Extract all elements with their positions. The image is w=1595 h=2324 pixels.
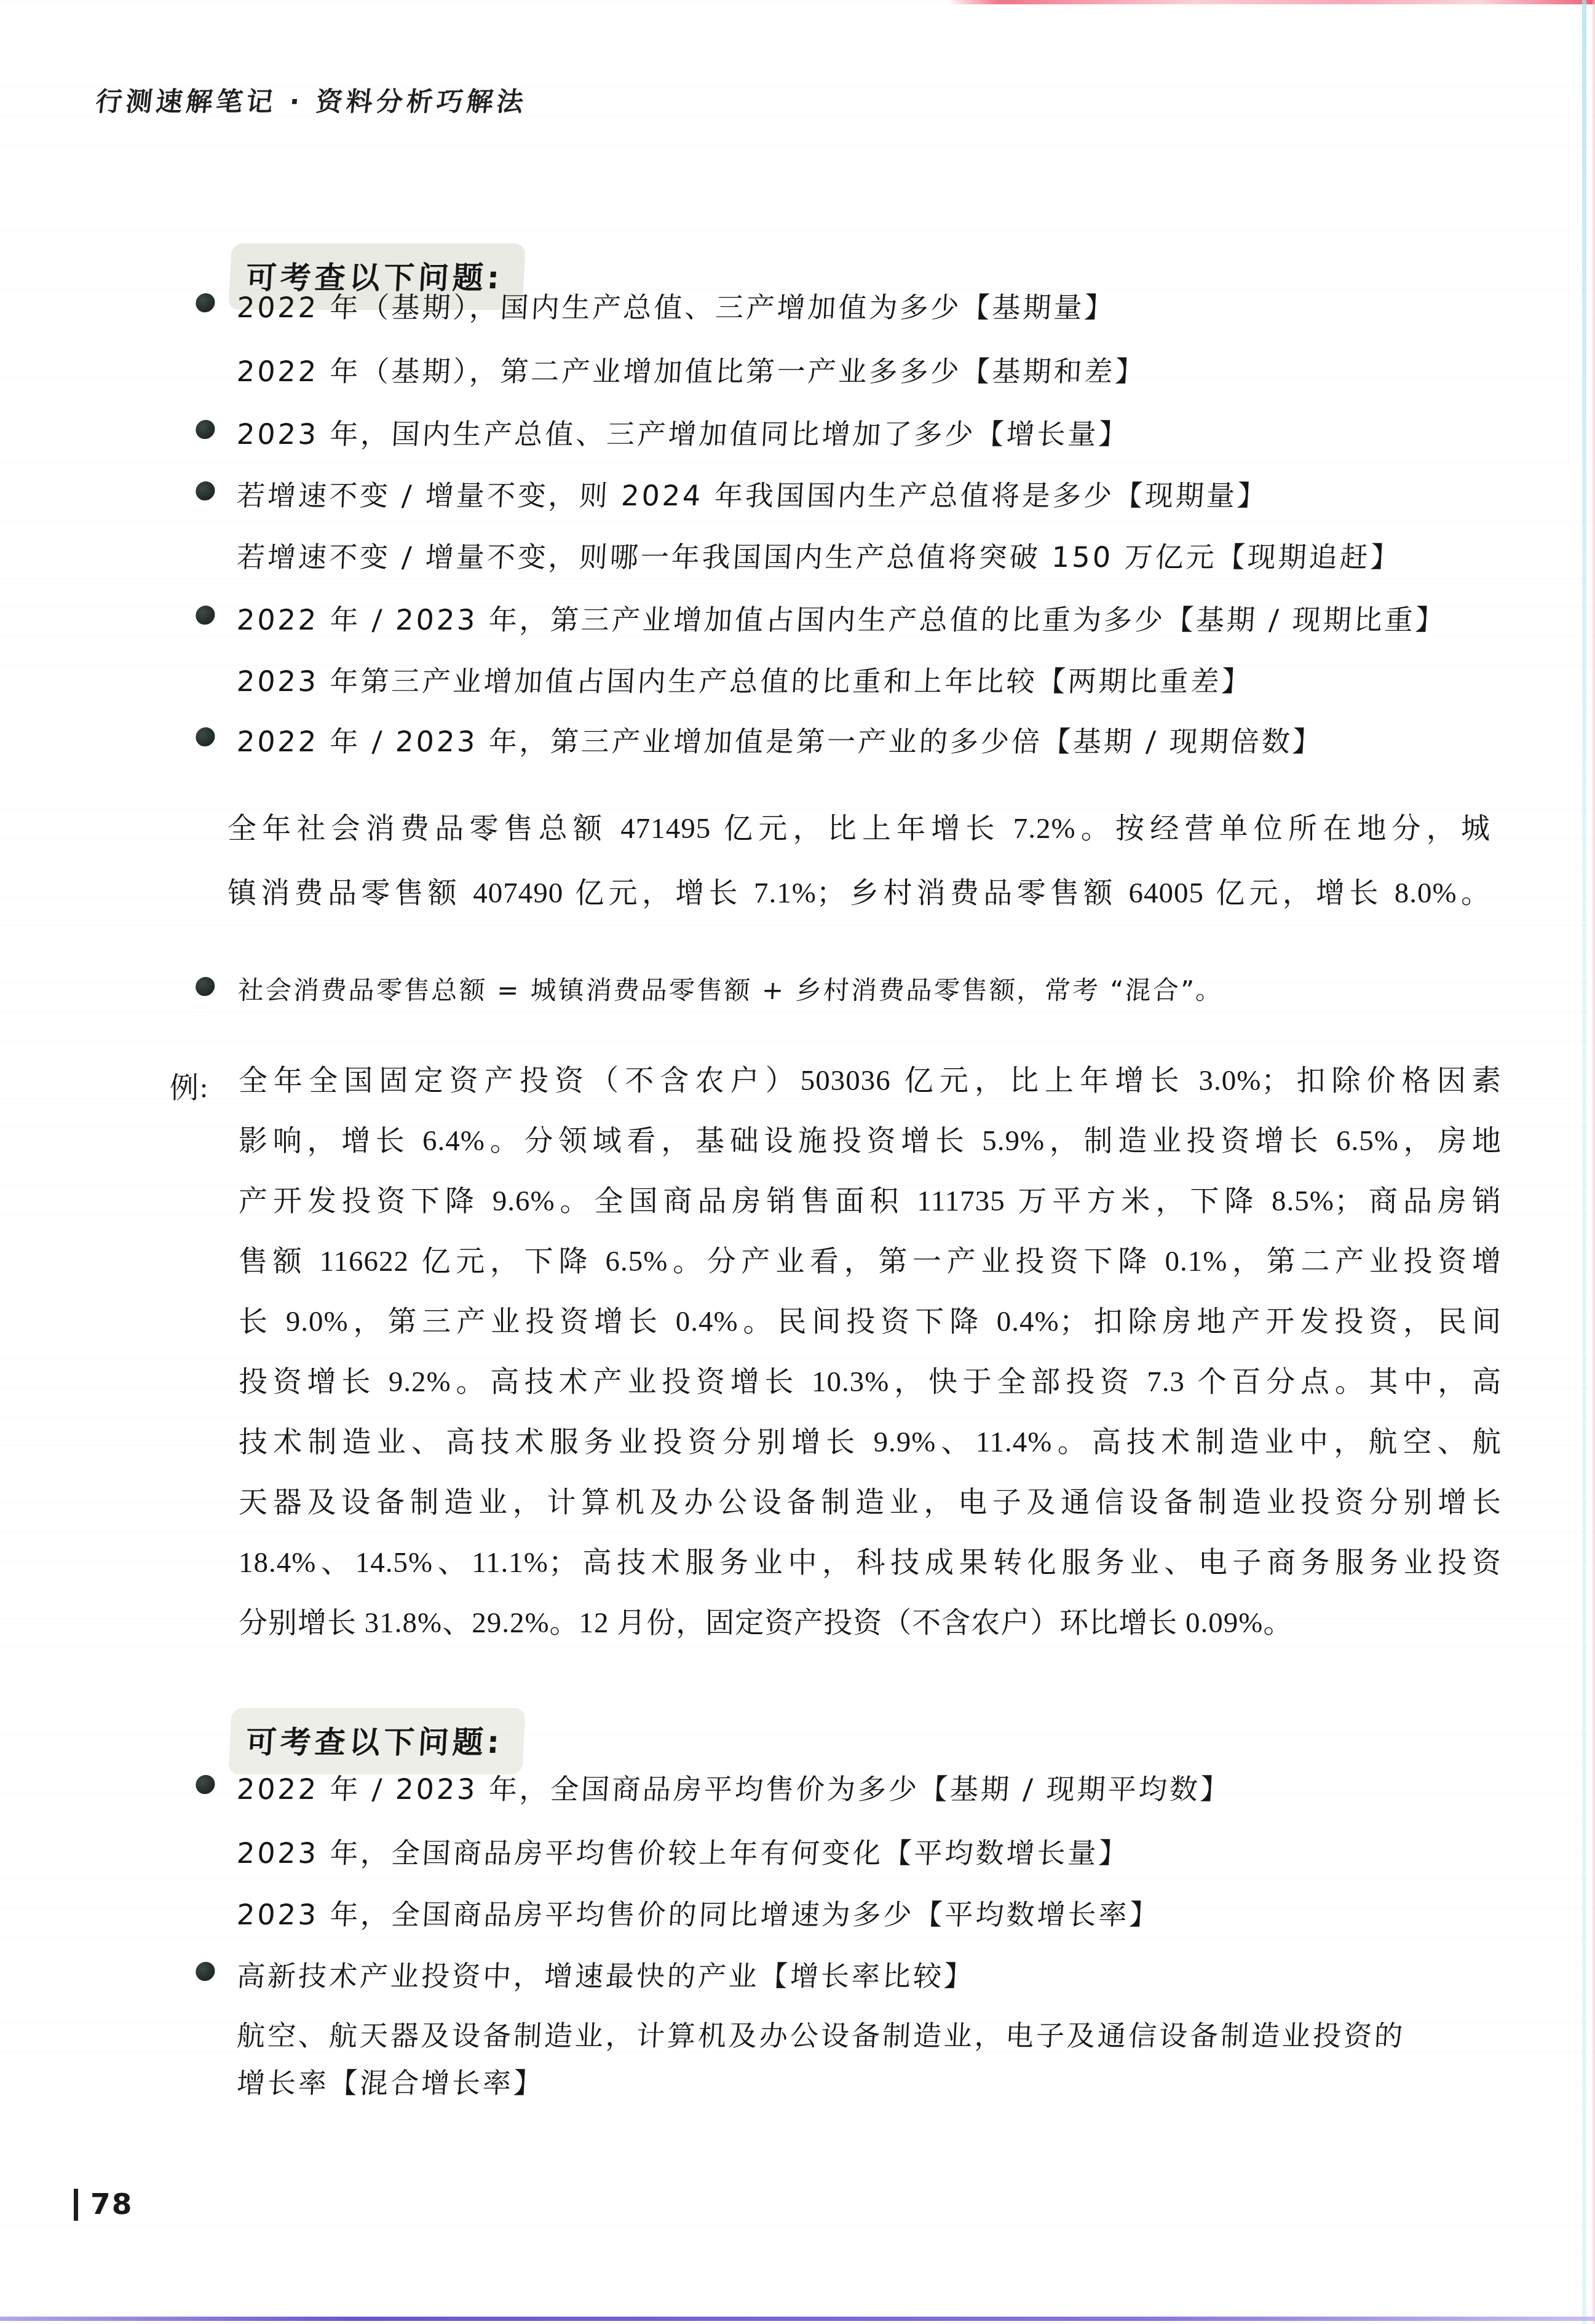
example-paragraph: 全年全国固定资产投资（不含农户）503036 亿元，比上年增长 3.0%；扣除价… bbox=[239, 1065, 1502, 1667]
question-text: 2022 年 / 2023 年，第三产业增加值是第一产业的多少倍【基期 / 现期… bbox=[236, 725, 1324, 758]
question-item: 若增速不变 / 增量不变，则哪一年我国国内生产总值将突破 150 万亿元【现期追… bbox=[194, 539, 1402, 575]
bullet-icon bbox=[196, 727, 216, 746]
question-item: 2022 年 / 2023 年，第三产业增加值占国内生产总值的比重为多少【基期 … bbox=[194, 601, 1447, 638]
bullet-icon bbox=[196, 606, 216, 625]
question-item: 2022 年（基期），国内生产总值、三产增加值为多少【基期量】 bbox=[194, 289, 1116, 326]
question-item: 2022 年 / 2023 年，全国商品房平均售价为多少【基期 / 现期平均数】 bbox=[194, 1771, 1232, 1808]
question-item: 2023 年第三产业增加值占国内生产总值的比重和上年比较【两期比重差】 bbox=[194, 663, 1253, 700]
question-text: 2023 年，全国商品房平均售价的同比增速为多少【平均数增长率】 bbox=[236, 1898, 1162, 1931]
paragraph-line: 18.4%、14.5%、11.1%；高技术服务业中，科技成果转化服务业、电子商务… bbox=[239, 1547, 1502, 1579]
note-item: 社会消费品零售总额 = 城镇消费品零售额 + 乡村消费品零售额，常考 “混合”。 bbox=[194, 970, 1224, 1007]
retail-paragraph: 全年社会消费品零售总额 471495 亿元，比上年增长 7.2%。按经营单位所在… bbox=[228, 813, 1490, 942]
page-number-bar bbox=[74, 2189, 78, 2221]
question-text: 2023 年第三产业增加值占国内生产总值的比重和上年比较【两期比重差】 bbox=[236, 665, 1254, 698]
paragraph-line: 分别增长 31.8%、29.2%。12 月份，固定资产投资（不含农户）环比增长 … bbox=[239, 1607, 1502, 1639]
scan-edge-top-pink bbox=[947, 0, 1595, 4]
question-item: 增长率【混合增长率】 bbox=[194, 2065, 545, 2101]
question-item: 2022 年（基期），第二产业增加值比第一产业多多少【基期和差】 bbox=[194, 353, 1147, 390]
bullet-icon bbox=[196, 1775, 216, 1794]
question-text: 2023 年，全国商品房平均售价较上年有何变化【平均数增长量】 bbox=[236, 1836, 1131, 1870]
page-header-title: 行测速解笔记 · 资料分析巧解法 bbox=[94, 81, 529, 119]
paragraph-line: 产开发投资下降 9.6%。全国商品房销售面积 111735 万平方米，下降 8.… bbox=[239, 1185, 1502, 1217]
paragraph-line: 全年全国固定资产投资（不含农户）503036 亿元，比上年增长 3.0%；扣除价… bbox=[239, 1065, 1502, 1097]
page-number-value: 78 bbox=[90, 2188, 133, 2221]
question-item: 2023 年，国内生产总值、三产增加值同比增加了多少【增长量】 bbox=[194, 416, 1130, 453]
bullet-icon bbox=[195, 977, 215, 996]
question-text: 若增速不变 / 增量不变，则哪一年我国国内生产总值将突破 150 万亿元【现期追… bbox=[236, 540, 1403, 574]
questions-badge-2: 可考查以下问题: bbox=[228, 1708, 526, 1774]
question-text: 2023 年，国内生产总值、三产增加值同比增加了多少【增长量】 bbox=[236, 417, 1131, 451]
question-text: 2022 年（基期），国内生产总值、三产增加值为多少【基期量】 bbox=[236, 291, 1117, 324]
paragraph-line: 天器及设备制造业，计算机及办公设备制造业，电子及通信设备制造业投资分别增长 bbox=[239, 1487, 1502, 1519]
book-page: 行测速解笔记 · 资料分析巧解法 可考查以下问题: 2022 年（基期），国内生… bbox=[0, 0, 1595, 2324]
question-item: 2023 年，全国商品房平均售价较上年有何变化【平均数增长量】 bbox=[194, 1835, 1130, 1871]
question-text: 2022 年 / 2023 年，第三产业增加值占国内生产总值的比重为多少【基期 … bbox=[236, 603, 1447, 636]
question-item: 高新技术产业投资中，增速最快的产业【增长率比较】 bbox=[194, 1958, 975, 1994]
scan-edge-bottom-violet bbox=[0, 2317, 1595, 2321]
question-text: 2022 年（基期），第二产业增加值比第一产业多多少【基期和差】 bbox=[236, 355, 1147, 388]
question-item: 若增速不变 / 增量不变，则 2024 年我国国内生产总值将是多少【现期量】 bbox=[194, 477, 1268, 514]
question-item: 航空、航天器及设备制造业，计算机及办公设备制造业，电子及通信设备制造业投资的 bbox=[194, 2017, 1406, 2054]
example-label: 例: bbox=[170, 1065, 209, 1106]
paragraph-line: 镇消费品零售额 407490 亿元，增长 7.1%；乡村消费品零售额 64005… bbox=[228, 877, 1490, 909]
bullet-icon bbox=[196, 420, 216, 439]
question-text: 2022 年 / 2023 年，全国商品房平均售价为多少【基期 / 现期平均数】 bbox=[236, 1773, 1232, 1806]
paragraph-line: 全年社会消费品零售总额 471495 亿元，比上年增长 7.2%。按经营单位所在… bbox=[228, 813, 1490, 845]
paragraph-line: 技术制造业、高技术服务业投资分别增长 9.9%、11.4%。高技术制造业中，航空… bbox=[239, 1426, 1502, 1458]
note-text: 社会消费品零售总额 = 城镇消费品零售额 + 乡村消费品零售额，常考 “混合”。 bbox=[237, 975, 1224, 1005]
bullet-icon bbox=[196, 481, 216, 500]
bullet-icon bbox=[196, 1962, 216, 1981]
paragraph-line: 影响，增长 6.4%。分领域看，基础设施投资增长 5.9%，制造业投资增长 6.… bbox=[239, 1125, 1502, 1157]
paragraph-line: 投资增长 9.2%。高技术产业投资增长 10.3%，快于全部投资 7.3 个百分… bbox=[239, 1366, 1502, 1398]
question-text: 若增速不变 / 增量不变，则 2024 年我国国内生产总值将是多少【现期量】 bbox=[236, 479, 1269, 512]
question-text: 航空、航天器及设备制造业，计算机及办公设备制造业，电子及通信设备制造业投资的 bbox=[236, 2019, 1406, 2052]
page-number: 78 bbox=[74, 2188, 133, 2221]
question-item: 2022 年 / 2023 年，第三产业增加值是第一产业的多少倍【基期 / 现期… bbox=[194, 723, 1324, 760]
question-text: 增长率【混合增长率】 bbox=[236, 2066, 545, 2100]
question-text: 高新技术产业投资中，增速最快的产业【增长率比较】 bbox=[236, 1959, 976, 1993]
paragraph-line: 长 9.0%，第三产业投资增长 0.4%。民间投资下降 0.4%；扣除房地产开发… bbox=[239, 1306, 1502, 1338]
paragraph-line: 售额 116622 亿元，下降 6.5%。分产业看，第一产业投资下降 0.1%，… bbox=[239, 1246, 1502, 1278]
scan-edge-right-cyan bbox=[1582, 0, 1586, 2324]
scan-edge-right-pink bbox=[1593, 0, 1595, 2324]
bullet-icon bbox=[196, 293, 216, 312]
question-item: 2023 年，全国商品房平均售价的同比增速为多少【平均数增长率】 bbox=[194, 1896, 1161, 1933]
